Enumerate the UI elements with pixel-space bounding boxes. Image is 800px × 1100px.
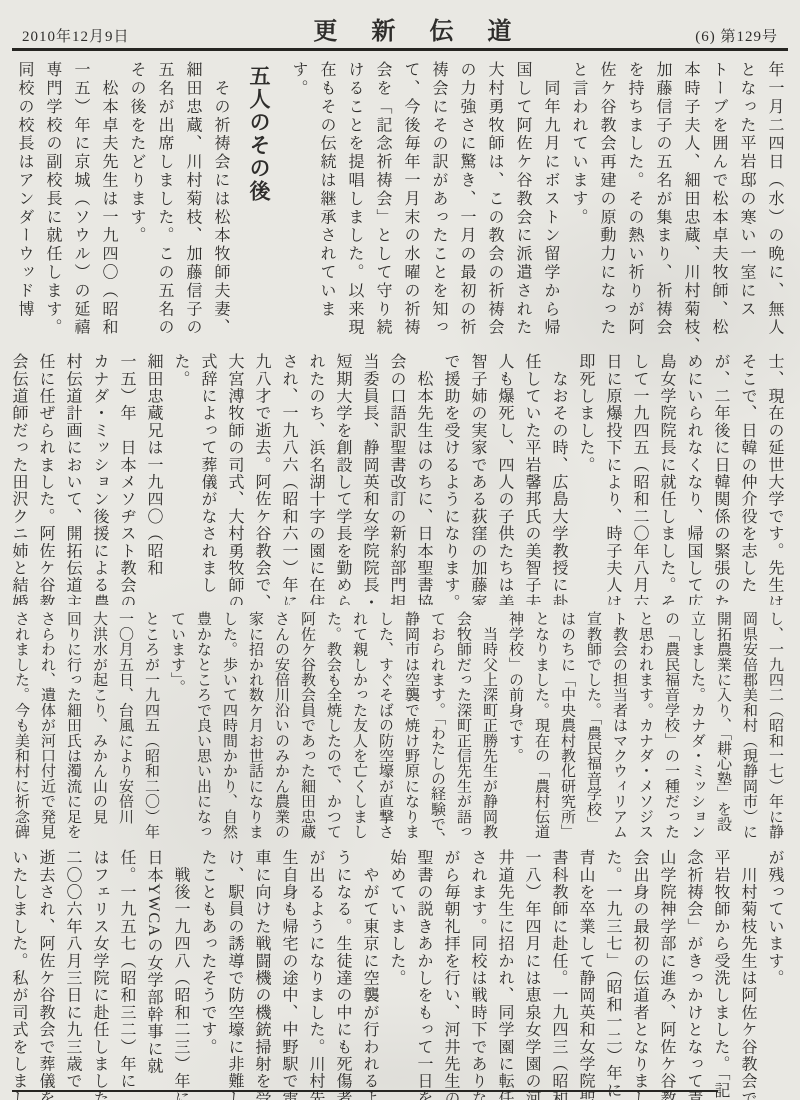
text-column: が、二年後に日韓関係の緊張のた bbox=[707, 353, 734, 605]
text-column: 回りに行った細田氏は濁流に足を bbox=[60, 611, 86, 842]
text-column: 智子姉の実家である荻窪の加藤家 bbox=[464, 353, 491, 605]
text-column: 大洪水が起こり、みかん山の見 bbox=[86, 611, 112, 842]
text-column: されました。今も美和村に祈念碑 bbox=[12, 611, 34, 842]
text-column: 佐ケ谷教会再建の原動力になった bbox=[592, 61, 620, 346]
text-column: した。歩いて四時間かかり、自然 bbox=[216, 611, 242, 842]
text-column: 当委員長、静岡英和女学院院長・ bbox=[356, 353, 383, 605]
text-column: 同校の校長はアンダーウッド博 bbox=[12, 61, 38, 346]
text-column: 祷会にその訳があったことを知っ bbox=[424, 61, 452, 346]
text-column: た。教会も全焼したので、かつて bbox=[320, 611, 346, 842]
text-column: ところが一九四五（昭和二〇）年 bbox=[138, 611, 164, 842]
text-column: さらわれ、遺体が河口付近で発見 bbox=[34, 611, 60, 842]
text-column: トーブを囲んで松本卓夫牧師、松 bbox=[704, 61, 732, 346]
text-column: めにいられなくなり、帰国して広 bbox=[680, 353, 707, 605]
text-column: やがて東京に空襲が行われるよ bbox=[356, 849, 383, 1100]
text-column: 山学院神学部に進み、阿佐ケ谷教 bbox=[653, 849, 680, 1100]
text-column: いたしました。私が司式をしまし bbox=[12, 849, 32, 1100]
text-column: され、一九八六（昭和六一）年に bbox=[275, 353, 302, 605]
text-column: 任。一九五七（昭和三二）年に bbox=[113, 849, 140, 1100]
article-body: 年一月二四日（水）の晩に、無人となった平岩邸の寒い一室にストーブを囲んで松本卓夫… bbox=[12, 51, 788, 1100]
text-column: 立しました。カナダ・ミッション bbox=[684, 611, 710, 842]
text-column: 会伝道師だった田沢クニ姉と結婚 bbox=[12, 353, 32, 605]
text-column: が出るようになりました。川村先 bbox=[302, 849, 329, 1100]
text-column: がら毎朝礼拝を行い、河井先生の bbox=[437, 849, 464, 1100]
text-column: されます。同校は戦時下でありな bbox=[464, 849, 491, 1100]
text-column: ておられます。「わたしの経験で、 bbox=[424, 611, 450, 842]
text-column: 青山を卒業して静岡英和女学院聖 bbox=[572, 849, 599, 1100]
text-column: 会出身の最初の伝道者となりまし bbox=[626, 849, 653, 1100]
newspaper-title: 更新伝道 bbox=[279, 11, 545, 46]
text-column: 豊かなところで良い思い出になっ bbox=[190, 611, 216, 842]
text-column: 大宮溥牧師の司式、大村勇牧師の bbox=[221, 353, 248, 605]
issue-date: 2010年12月9日 bbox=[22, 25, 130, 46]
section-heading: 五人のその後 bbox=[234, 61, 284, 346]
text-column: 年一月二四日（水）の晩に、無人 bbox=[760, 61, 788, 346]
text-column: 一五）年に京城（ソウル）の延禧 bbox=[66, 61, 94, 346]
text-column: 平岩牧師から受洗しました。「記 bbox=[707, 849, 734, 1100]
text-column: 阿佐ケ谷教会員であった細田忠蔵 bbox=[294, 611, 320, 842]
text-column: た。 bbox=[167, 353, 194, 605]
text-column: と言われています。 bbox=[564, 61, 592, 346]
text-column: はのちに「中央農村教化研究所」 bbox=[554, 611, 580, 842]
text-column: そこで、日韓の仲介役を志した bbox=[734, 353, 761, 605]
text-column: 大村勇牧師は、この教会の祈祷会 bbox=[480, 61, 508, 346]
text-column: ト教会の担当者はマクウィリアム bbox=[606, 611, 632, 842]
text-column: 神学校」の前身です。 bbox=[502, 611, 528, 842]
text-column: の力強さに驚き、一月の最初の祈 bbox=[452, 61, 480, 346]
text-column: して一九四五（昭和二〇年八月六 bbox=[626, 353, 653, 605]
text-column: その後をたどります。 bbox=[122, 61, 150, 346]
text-column: 一五）年 日本メソヂスト教会の bbox=[113, 353, 140, 605]
text-column: た。一九三七」（昭和一二）年に bbox=[599, 849, 626, 1100]
text-column: 日本YWCAの女学部幹事に就 bbox=[140, 849, 167, 1100]
text-column: す。 bbox=[284, 61, 312, 346]
text-column: 松本卓夫先生は一九四〇（昭和 bbox=[94, 61, 122, 346]
text-column: 一〇月五日、台風により安倍川 bbox=[112, 611, 138, 842]
text-column: れたのち、浜名湖十字の園に在住 bbox=[302, 353, 329, 605]
text-column: け、駅員の誘導で防空壕に非難し bbox=[221, 849, 248, 1100]
text-column: 国して阿佐ケ谷教会に派遣された bbox=[508, 61, 536, 346]
newspaper-page: 2010年12月9日 更新伝道 (6) 第129号 年一月二四日（水）の晩に、無… bbox=[0, 0, 800, 1100]
page-and-issue-number: (6) 第129号 bbox=[695, 25, 778, 46]
text-column: 五名が出席しました。この五名の bbox=[150, 61, 178, 346]
text-column: 細田忠蔵兄は一九四〇（昭和 bbox=[140, 353, 167, 605]
text-column: 式辞によって葬儀がなされまし bbox=[194, 353, 221, 605]
text-column: カナダ・ミッション後援による農 bbox=[86, 353, 113, 605]
text-column: を持ちました。その熱い祈りが阿 bbox=[620, 61, 648, 346]
text-column: の「農民福音学校」の一種だった bbox=[658, 611, 684, 842]
text-column: 同年九月にボストン留学から帰 bbox=[536, 61, 564, 346]
text-column: れて親しかった友人を亡くしまし bbox=[346, 611, 372, 842]
text-column: 専門学校の副校長に就任します。 bbox=[38, 61, 66, 346]
text-column: 静岡市は空襲で焼け野原になりま bbox=[398, 611, 424, 842]
text-column: 開拓農業に入り、「耕心塾」を設 bbox=[710, 611, 736, 842]
text-column: 井道先生に招かれ、同学園に転任 bbox=[491, 849, 518, 1100]
text-column: 短期大学を創設して学長を勤めら bbox=[329, 353, 356, 605]
text-column: けることを提唱しました。以来現 bbox=[340, 61, 368, 346]
text-band: が残っています。 川村菊枝先生は阿佐ケ谷教会で平岩牧師から受洗しました。「記念祈… bbox=[12, 849, 788, 1100]
text-column: うになる。生徒達の中にも死傷者 bbox=[329, 849, 356, 1100]
text-column: て、今後毎年一月末の水曜の祈祷 bbox=[396, 61, 424, 346]
text-column: 加藤信子の五名が集まり、祈祷会 bbox=[648, 61, 676, 346]
text-column: 宣教師でした。「農民福音学校」 bbox=[580, 611, 606, 842]
text-column: 人も爆死し、四人の子供たちは美 bbox=[491, 353, 518, 605]
text-column: 二〇〇六年八月三日に九三歳で bbox=[59, 849, 86, 1100]
text-column: 在もその伝統は継承されていま bbox=[312, 61, 340, 346]
text-column: 松本先生はのちに、日本聖書協 bbox=[410, 353, 437, 605]
text-column: 車に向けた戦闘機の機銃掃射を受 bbox=[248, 849, 275, 1100]
text-column: 本時子夫人、細田忠蔵、川村菊枝、 bbox=[676, 61, 704, 346]
text-column: 即死しました。 bbox=[572, 353, 599, 605]
text-column: となった平岩邸の寒い一室にス bbox=[732, 61, 760, 346]
text-column: 岡県安倍郡美和村（現静岡市）に bbox=[736, 611, 762, 842]
text-column: 任していた平岩馨邦氏の美智子夫 bbox=[518, 353, 545, 605]
text-column: 村伝道計画において、開拓伝道主 bbox=[59, 353, 86, 605]
text-column: さんの安倍川沿いのみかん農業の bbox=[268, 611, 294, 842]
bottom-rule bbox=[12, 1090, 718, 1092]
text-column: 逝去され、阿佐ケ谷教会で葬儀を bbox=[32, 849, 59, 1100]
text-column: 任に任ぜられました。阿佐ケ谷教 bbox=[32, 353, 59, 605]
text-column: 会の口語訳聖書改訂の新約部門担 bbox=[383, 353, 410, 605]
text-column: なおその時、広島大学教授に赴 bbox=[545, 353, 572, 605]
text-column: が残っています。 bbox=[761, 849, 788, 1100]
text-column: 一八）年四月には恵泉女学園の河 bbox=[518, 849, 545, 1100]
text-column: となりました。現在の「農村伝道 bbox=[528, 611, 554, 842]
masthead: 2010年12月9日 更新伝道 (6) 第129号 bbox=[12, 0, 788, 51]
text-column: と思われます。カナダ・メソジス bbox=[632, 611, 658, 842]
text-column: 家に招かれ数ケ月お世話になりま bbox=[242, 611, 268, 842]
text-column: たこともあったそうです。 bbox=[194, 849, 221, 1100]
text-column: ています」。 bbox=[164, 611, 190, 842]
text-column: 会を「記念祈祷会」として守り続 bbox=[368, 61, 396, 346]
text-band: 士、現在の延世大学です。先生はそこで、日韓の仲介役を志したが、二年後に日韓関係の… bbox=[12, 353, 788, 605]
text-column: 九八才で逝去。阿佐ケ谷教会で、 bbox=[248, 353, 275, 605]
text-column: 始めていました。 bbox=[383, 849, 410, 1100]
text-column: 当時父上深町正勝先生が静岡教 bbox=[476, 611, 502, 842]
text-column: 士、現在の延世大学です。先生は bbox=[761, 353, 788, 605]
text-column: 戦後一九四八（昭和二三）年に bbox=[167, 849, 194, 1100]
text-column: 聖書の説きあかしをもって一日を bbox=[410, 849, 437, 1100]
text-column: 生自身も帰宅の途中、中野駅で電 bbox=[275, 849, 302, 1100]
text-column: し、一九四二（昭和一七）年に静 bbox=[762, 611, 788, 842]
text-column: した、すぐそばの防空壕が直撃さ bbox=[372, 611, 398, 842]
text-column: で援助を受けるようになります。 bbox=[437, 353, 464, 605]
text-column: はフェリス女学院に赴任しました。 bbox=[86, 849, 113, 1100]
text-column: 会牧師だった深町正信先生が語っ bbox=[450, 611, 476, 842]
text-column: その祈祷会には松本牧師夫妻、 bbox=[206, 61, 234, 346]
text-column: 細田忠蔵、川村菊枝、加藤信子の bbox=[178, 61, 206, 346]
text-column: 島女学院院長に就任しました。そ bbox=[653, 353, 680, 605]
text-column: 書科教師に赴任。一九四三（昭和 bbox=[545, 849, 572, 1100]
text-column: 念祈祷会」がきっかけとなって青 bbox=[680, 849, 707, 1100]
text-band: 年一月二四日（水）の晩に、無人となった平岩邸の寒い一室にストーブを囲んで松本卓夫… bbox=[12, 61, 788, 346]
text-band: し、一九四二（昭和一七）年に静岡県安倍郡美和村（現静岡市）に開拓農業に入り、「耕… bbox=[12, 611, 788, 842]
text-column: 川村菊枝先生は阿佐ケ谷教会で bbox=[734, 849, 761, 1100]
text-column: 日に原爆投下により、時子夫人は bbox=[599, 353, 626, 605]
